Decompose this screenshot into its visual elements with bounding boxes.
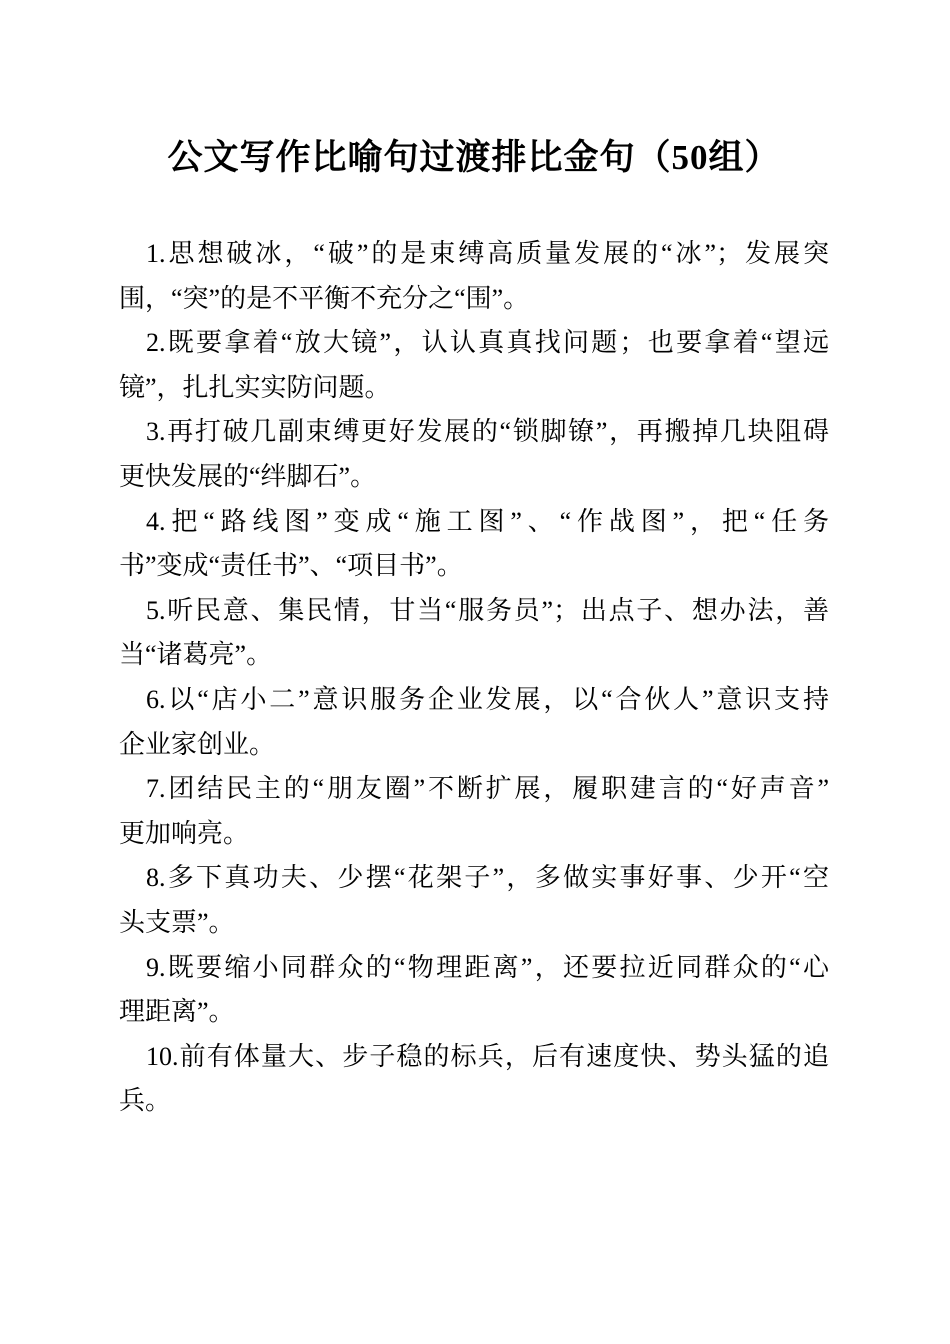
paragraph-line: 9.既要缩小同群众的“物理距离”，还要拉近同群众的“心 (119, 946, 829, 991)
paragraph-line: 企业家创业。 (119, 723, 829, 768)
paragraph-item-8: 8.多下真功夫、少摆“花架子”，多做实事好事、少开“空 头支票”。 (119, 856, 829, 945)
paragraph-item-10: 10.前有体量大、步子稳的标兵，后有速度快、势头猛的追 兵。 (119, 1035, 829, 1124)
paragraph-line: 3.再打破几副束缚更好发展的“锁脚镣”，再搬掉几块阻碍 (119, 410, 829, 455)
paragraph-line: 5.听民意、集民情，甘当“服务员”；出点子、想办法，善 (119, 589, 829, 634)
paragraph-item-1: 1.思想破冰，“破”的是束缚高质量发展的“冰”；发展突 围，“突”的是不平衡不充… (119, 232, 829, 321)
paragraph-line: 7.团结民主的“朋友圈”不断扩展，履职建言的“好声音” (119, 767, 829, 812)
paragraph-line: 6.以“店小二”意识服务企业发展，以“合伙人”意识支持 (119, 678, 829, 723)
document-page: 公文写作比喻句过渡排比金句（50组） 1.思想破冰，“破”的是束缚高质量发展的“… (0, 0, 950, 1344)
paragraph-line: 8.多下真功夫、少摆“花架子”，多做实事好事、少开“空 (119, 856, 829, 901)
doc-body: 1.思想破冰，“破”的是束缚高质量发展的“冰”；发展突 围，“突”的是不平衡不充… (119, 232, 829, 1124)
paragraph-item-3: 3.再打破几副束缚更好发展的“锁脚镣”，再搬掉几块阻碍 更快发展的“绊脚石”。 (119, 410, 829, 499)
paragraph-item-9: 9.既要缩小同群众的“物理距离”，还要拉近同群众的“心 理距离”。 (119, 946, 829, 1035)
paragraph-line: 理距离”。 (119, 990, 829, 1035)
paragraph-line: 兵。 (119, 1079, 829, 1124)
paragraph-item-4: 4.把“路线图”变成“施工图”、“作战图”，把“任务 书”变成“责任书”、“项目… (119, 500, 829, 589)
paragraph-line: 10.前有体量大、步子稳的标兵，后有速度快、势头猛的追 (119, 1035, 829, 1080)
paragraph-line: 更加响亮。 (119, 812, 829, 857)
paragraph-item-7: 7.团结民主的“朋友圈”不断扩展，履职建言的“好声音” 更加响亮。 (119, 767, 829, 856)
paragraph-line: 4.把“路线图”变成“施工图”、“作战图”，把“任务 (119, 500, 829, 545)
paragraph-line: 1.思想破冰，“破”的是束缚高质量发展的“冰”；发展突 (119, 232, 829, 277)
paragraph-line: 围，“突”的是不平衡不充分之“围”。 (119, 277, 829, 322)
paragraph-item-5: 5.听民意、集民情，甘当“服务员”；出点子、想办法，善 当“诸葛亮”。 (119, 589, 829, 678)
paragraph-item-6: 6.以“店小二”意识服务企业发展，以“合伙人”意识支持 企业家创业。 (119, 678, 829, 767)
paragraph-line: 头支票”。 (119, 901, 829, 946)
paragraph-line: 更快发展的“绊脚石”。 (119, 455, 829, 500)
paragraph-line: 当“诸葛亮”。 (119, 633, 829, 678)
doc-title: 公文写作比喻句过渡排比金句（50组） (119, 130, 829, 186)
paragraph-item-2: 2.既要拿着“放大镜”，认认真真找问题；也要拿着“望远 镜”，扎扎实实防问题。 (119, 321, 829, 410)
paragraph-line: 2.既要拿着“放大镜”，认认真真找问题；也要拿着“望远 (119, 321, 829, 366)
paragraph-line: 书”变成“责任书”、“项目书”。 (119, 544, 829, 589)
paragraph-line: 镜”，扎扎实实防问题。 (119, 366, 829, 411)
